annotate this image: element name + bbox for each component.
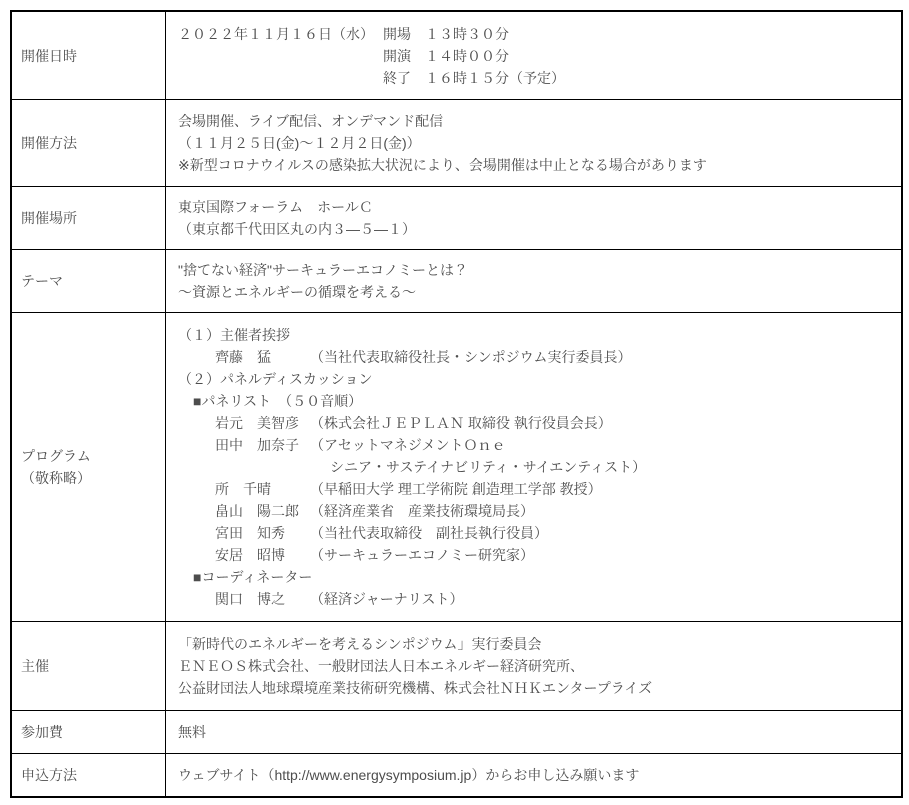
row-content-apply: ウェブサイト（http://www.energysymposium.jp）からお… (165, 754, 901, 796)
person-role: （経済ジャーナリスト） (310, 588, 463, 610)
row-content-fee: 無料 (165, 711, 901, 753)
venue-address: （東京都千代田区丸の内３―５―１） (178, 218, 891, 240)
person-name: 齊藤 猛 (215, 346, 310, 368)
row-theme: テーマ "捨てない経済"サーキュラーエコノミーとは？ ～資源とエネルギーの循環を… (12, 249, 901, 312)
organizer-companies-2: 公益財団法人地球環境産業技術研究機構、株式会社ＮＨＫエンタープライズ (178, 677, 891, 699)
person-name: 安居 昭博 (215, 544, 310, 566)
venue-name: 東京国際フォーラム ホールＣ (178, 196, 891, 218)
person-name: 所 千晴 (215, 478, 310, 500)
event-date: ２０２２年１１月１６日（水） (178, 23, 383, 45)
program-subheading-panelists: ■パネリスト （５０音順） (178, 390, 891, 412)
program-heading-2: （２）パネルディスカッション (178, 368, 891, 390)
program-person-tanaka-role-cont: シニア・サステイナビリティ・サイエンティスト） (178, 456, 891, 478)
row-label-theme: テーマ (12, 250, 165, 312)
row-content-organizer: 「新時代のエネルギーを考えるシンポジウム」実行委員会 ＥＮＥＯＳ株式会社、一般財… (165, 622, 901, 710)
time-end: 終了 １６時１５分（予定） (383, 67, 565, 89)
person-name: 関口 博之 (215, 588, 310, 610)
person-role: （株式会社ＪＥＰＬＡＮ 取締役 執行役員会長） (310, 412, 612, 434)
program-person-hatakeyama: 畠山 陽二郎 （経済産業省 産業技術環境局長） (178, 500, 891, 522)
program-person-sekiguchi: 関口 博之 （経済ジャーナリスト） (178, 588, 891, 610)
row-program: プログラム （敬称略） （１）主催者挨拶 齊藤 猛 （当社代表取締役社長・シンポ… (12, 312, 901, 621)
label-text: 参加費 (21, 721, 161, 743)
row-content-venue: 東京国際フォーラム ホールＣ （東京都千代田区丸の内３―５―１） (165, 187, 901, 249)
row-label-fee: 参加費 (12, 711, 165, 753)
datetime-block: ２０２２年１１月１６日（水） 開場 １３時３０分 開演 １４時００分 終了 １６… (178, 23, 891, 89)
person-role: （当社代表取締役 副社長執行役員） (310, 522, 548, 544)
method-covid-note: ※新型コロナウイルスの感染拡大状況により、会場開催は中止となる場合があります (178, 154, 891, 176)
person-role: （経済産業省 産業技術環境局長） (310, 500, 534, 522)
label-text: プログラム (21, 445, 161, 467)
row-label-venue: 開催場所 (12, 187, 165, 249)
row-label-method: 開催方法 (12, 100, 165, 186)
person-role: （当社代表取締役社長・シンポジウム実行委員長） (310, 346, 632, 368)
row-label-program: プログラム （敬称略） (12, 313, 165, 621)
organizer-companies-1: ＥＮＥＯＳ株式会社、一般財団法人日本エネルギー経済研究所、 (178, 655, 891, 677)
person-name: 田中 加奈子 (215, 434, 310, 456)
theme-subtitle: ～資源とエネルギーの循環を考える～ (178, 281, 891, 303)
program-person-yasui: 安居 昭博 （サーキュラーエコノミー研究家） (178, 544, 891, 566)
person-role: （早稲田大学 理工学術院 創造理工学部 教授） (310, 478, 602, 500)
label-text: 開催方法 (21, 132, 161, 154)
person-name: 宮田 知秀 (215, 522, 310, 544)
row-label-datetime: 開催日時 (12, 12, 165, 99)
person-role: （サーキュラーエコノミー研究家） (310, 544, 534, 566)
row-method: 開催方法 会場開催、ライブ配信、オンデマンド配信 （１１月２５日(金)～１２月２… (12, 99, 901, 186)
time-start: 開演 １４時００分 (383, 45, 565, 67)
program-person-miyata: 宮田 知秀 （当社代表取締役 副社長執行役員） (178, 522, 891, 544)
label-text-note: （敬称略） (21, 467, 161, 489)
row-content-method: 会場開催、ライブ配信、オンデマンド配信 （１１月２５日(金)～１２月２日(金)）… (165, 100, 901, 186)
row-apply: 申込方法 ウェブサイト（http://www.energysymposium.j… (12, 753, 901, 796)
fee-value: 無料 (178, 721, 891, 743)
label-text: 申込方法 (21, 764, 161, 786)
row-content-datetime: ２０２２年１１月１６日（水） 開場 １３時３０分 開演 １４時００分 終了 １６… (165, 12, 901, 99)
label-text: テーマ (21, 270, 161, 292)
row-datetime: 開催日時 ２０２２年１１月１６日（水） 開場 １３時３０分 開演 １４時００分 … (12, 12, 901, 99)
row-venue: 開催場所 東京国際フォーラム ホールＣ （東京都千代田区丸の内３―５―１） (12, 186, 901, 249)
row-content-theme: "捨てない経済"サーキュラーエコノミーとは？ ～資源とエネルギーの循環を考える～ (165, 250, 901, 312)
organizer-committee: 「新時代のエネルギーを考えるシンポジウム」実行委員会 (178, 633, 891, 655)
label-text: 開催場所 (21, 207, 161, 229)
label-text: 主催 (21, 655, 161, 677)
person-name: 畠山 陽二郎 (215, 500, 310, 522)
person-name: 岩元 美智彦 (215, 412, 310, 434)
apply-instruction-with-url: ウェブサイト（http://www.energysymposium.jp）からお… (178, 764, 891, 786)
row-fee: 参加費 無料 (12, 710, 901, 753)
program-person-saito: 齊藤 猛 （当社代表取締役社長・シンポジウム実行委員長） (178, 346, 891, 368)
time-open: 開場 １３時３０分 (383, 23, 565, 45)
row-organizer: 主催 「新時代のエネルギーを考えるシンポジウム」実行委員会 ＥＮＥＯＳ株式会社、… (12, 621, 901, 710)
program-heading-1: （１）主催者挨拶 (178, 324, 891, 346)
person-role: （アセットマネジメントＯｎｅ (310, 434, 505, 456)
row-label-apply: 申込方法 (12, 754, 165, 796)
program-person-iwamoto: 岩元 美智彦 （株式会社ＪＥＰＬＡＮ 取締役 執行役員会長） (178, 412, 891, 434)
method-line: 会場開催、ライブ配信、オンデマンド配信 (178, 110, 891, 132)
theme-title: "捨てない経済"サーキュラーエコノミーとは？ (178, 259, 891, 281)
program-person-tanaka: 田中 加奈子 （アセットマネジメントＯｎｅ (178, 434, 891, 456)
row-content-program: （１）主催者挨拶 齊藤 猛 （当社代表取締役社長・シンポジウム実行委員長） （２… (165, 313, 901, 621)
program-person-tokoro: 所 千晴 （早稲田大学 理工学術院 創造理工学部 教授） (178, 478, 891, 500)
program-subheading-coordinator: ■コーディネーター (178, 566, 891, 588)
label-text: 開催日時 (21, 45, 161, 67)
event-info-table: 開催日時 ２０２２年１１月１６日（水） 開場 １３時３０分 開演 １４時００分 … (10, 10, 903, 798)
method-ondemand-period: （１１月２５日(金)～１２月２日(金)） (178, 132, 891, 154)
event-times: 開場 １３時３０分 開演 １４時００分 終了 １６時１５分（予定） (383, 23, 565, 89)
row-label-organizer: 主催 (12, 622, 165, 710)
